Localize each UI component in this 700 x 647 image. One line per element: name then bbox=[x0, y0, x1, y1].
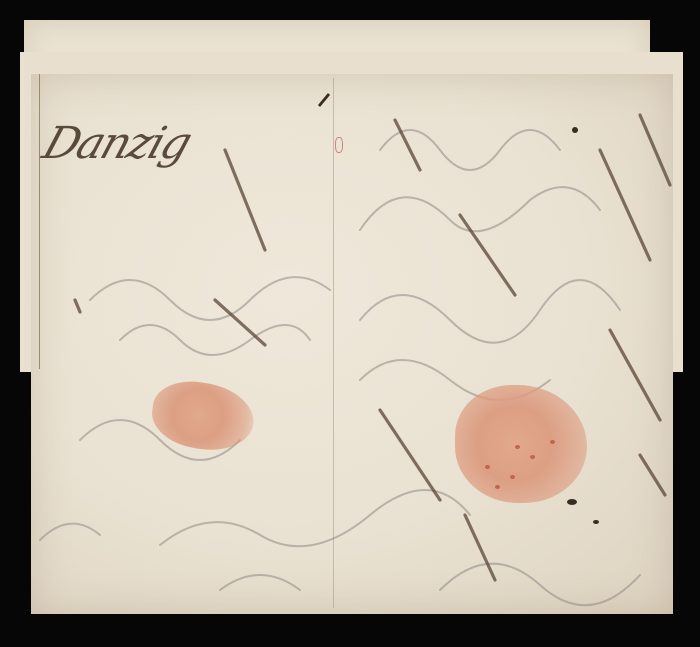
left-fold-edge bbox=[31, 74, 40, 369]
red-postal-mark bbox=[335, 137, 343, 153]
address-handwriting: Danzig bbox=[37, 118, 197, 169]
center-crease bbox=[333, 78, 334, 608]
right-wax-seal bbox=[455, 385, 587, 503]
